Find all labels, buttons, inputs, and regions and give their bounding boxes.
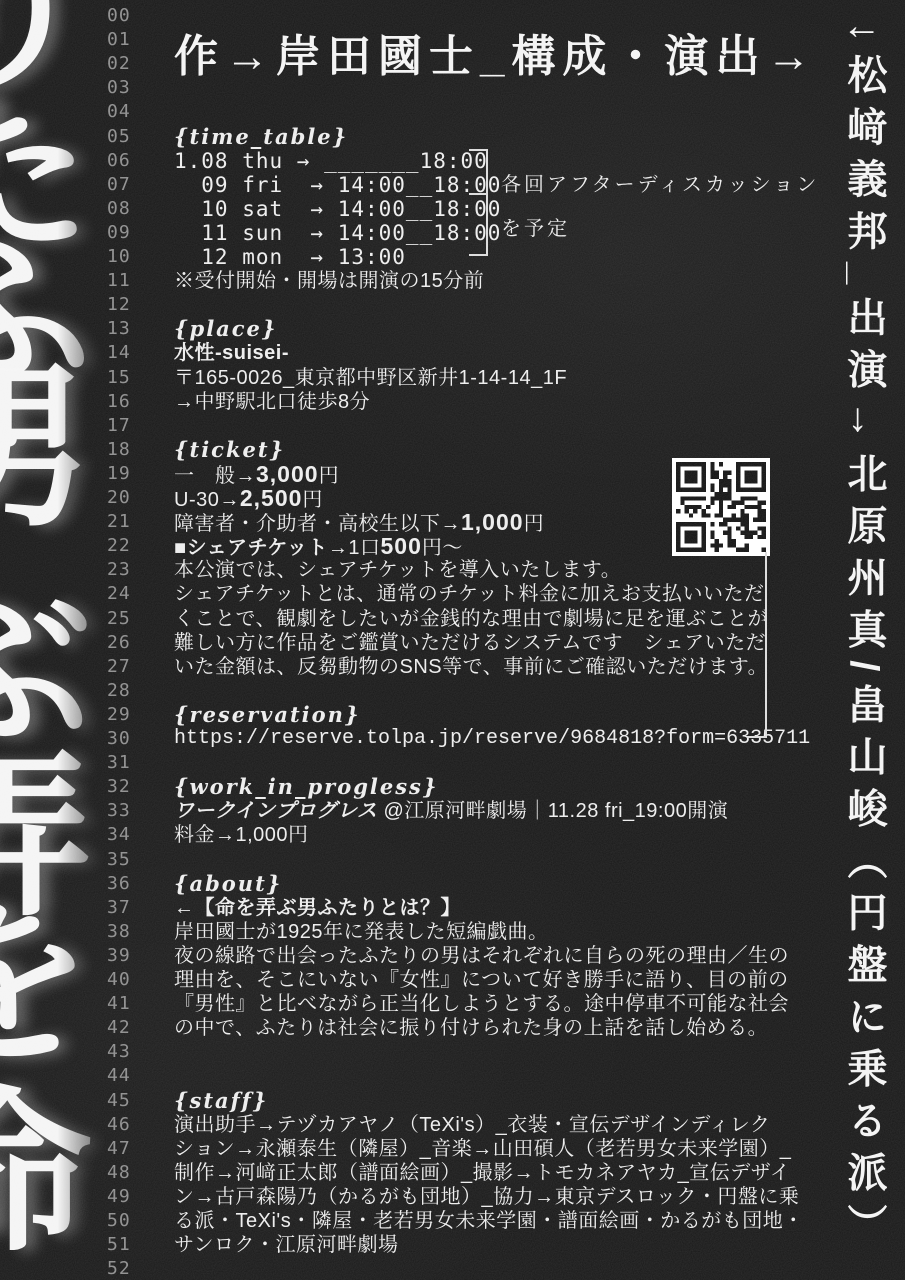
line-number: 36	[107, 872, 153, 896]
text-segment: シェアチケットとは、通常のチケット料金に加えお支払いいただ	[174, 583, 765, 605]
venue-access: →中野駅北口徒歩8分	[174, 390, 370, 414]
text-segment: 〒165-0026_東京都中野区新井1-14-14_1F	[174, 367, 567, 389]
line-number: 33	[107, 799, 153, 823]
text-segment: 2,500	[240, 485, 303, 511]
line-number: 49	[107, 1185, 153, 1209]
text-segment: {time_table}	[174, 124, 348, 149]
text-segment: 演出助手→テヅカアヤノ（TeXi's）_衣装・宣伝デザインディレク	[174, 1114, 770, 1136]
line-number: 28	[107, 679, 153, 703]
line-number: 02	[107, 52, 153, 76]
timetable-row: 1.08 thu → _______18:00	[174, 149, 488, 173]
text-segment: くことで、観劇をしたいが金銭的な理由で劇場に足を運ぶことが	[174, 608, 768, 630]
text-segment: https://reserve.tolpa.jp/reserve/9684818…	[174, 727, 810, 750]
left-title-strip: りたふ男ぶ弄を命	[0, 0, 105, 1280]
line-number: 25	[107, 607, 153, 631]
line-number: 16	[107, 390, 153, 414]
qr-connector-vertical	[765, 552, 767, 738]
ticket-text: 本公演では、シェアチケットを導入いたします。	[174, 558, 621, 582]
line-number: 03	[107, 76, 153, 100]
line-number: 43	[107, 1040, 153, 1064]
line-number: 07	[107, 173, 153, 197]
text-segment: 水性-suisei-	[174, 342, 289, 364]
ticket-share: ■シェアチケット→1口500円〜	[174, 534, 463, 558]
section-header-place: {place}	[174, 317, 277, 341]
text-segment: 3,000	[256, 461, 319, 487]
ticket-text: いた金額は、反芻動物のSNS等で、事前にご確認いただけます。	[174, 655, 768, 679]
line-number: 12	[107, 293, 153, 317]
section-header-reservation: {reservation}	[174, 703, 360, 727]
line-number: 52	[107, 1257, 153, 1280]
wip-info: ワークインプログレス @江原河畔劇場｜11.28 fri_19:00開演	[174, 799, 728, 823]
timetable-row: 12 mon → 13:00	[174, 245, 406, 269]
line-number: 26	[107, 631, 153, 655]
line-number: 34	[107, 823, 153, 847]
venue-name: 水性-suisei-	[174, 341, 289, 365]
text-segment: {work_in_progless}	[174, 774, 438, 799]
text-segment: 円	[524, 513, 545, 535]
line-number: 10	[107, 245, 153, 269]
qr-pattern	[676, 462, 766, 552]
about-heading: ←【命を弄ぶ男ふたりとは？】	[174, 896, 461, 920]
text-segment: 10 sat → 14:00__18:00	[174, 197, 501, 221]
text-segment: 円〜	[422, 537, 463, 559]
line-number: 14	[107, 341, 153, 365]
section-header-staff: {staff}	[174, 1089, 268, 1113]
line-number: 47	[107, 1137, 153, 1161]
line-number: 23	[107, 558, 153, 582]
line-number: 40	[107, 968, 153, 992]
line-number: 20	[107, 486, 153, 510]
timetable-row: 11 sun → 14:00__18:00	[174, 221, 501, 245]
ticket-price-general: 一 般→3,000円	[174, 462, 339, 486]
line-number: 29	[107, 703, 153, 727]
line-number: 13	[107, 317, 153, 341]
ticket-text: シェアチケットとは、通常のチケット料金に加えお支払いいただ	[174, 582, 765, 606]
line-number: 15	[107, 366, 153, 390]
line-number: 06	[107, 149, 153, 173]
text-segment: {about}	[174, 871, 282, 896]
text-segment: ■シェアチケット	[174, 537, 328, 559]
line-number: 09	[107, 221, 153, 245]
text-segment: 1,000	[461, 509, 524, 535]
left-title-char: を	[0, 895, 92, 1071]
wip-price: 料金→1,000円	[174, 823, 309, 847]
left-title-char: 男	[0, 360, 92, 536]
line-number: 00	[107, 4, 153, 28]
text-segment: 12 mon → 13:00	[174, 245, 406, 269]
text-segment: 障害者・介助者・高校生以下→	[174, 513, 461, 535]
about-text: の中で、ふたりは社会に振り付けられた身の上話を話し始める。	[174, 1016, 768, 1040]
text-segment: 料金→1,000円	[174, 824, 309, 846]
text-segment: 岸田國士が1925年に発表した短編戯曲。	[174, 921, 549, 943]
ticket-text: くことで、観劇をしたいが金銭的な理由で劇場に足を運ぶことが	[174, 607, 768, 631]
staff-text: ション→永瀬泰生（隣屋）_音楽→山田碩人（老若男女未来学園）_	[174, 1137, 791, 1161]
section-header-work-in-progless: {work_in_progless}	[174, 775, 438, 799]
line-number: 35	[107, 848, 153, 872]
about-text: 岸田國士が1925年に発表した短編戯曲。	[174, 920, 549, 944]
text-segment: 11 sun → 14:00__18:00	[174, 221, 501, 245]
text-segment: 『男性』と比べながら正当化しようとする。途中停車不可能な社会	[174, 993, 789, 1015]
text-segment: 難しい方に作品をご鑑賞いただけるシステムです シェアいただ	[174, 632, 766, 654]
line-number: 38	[107, 920, 153, 944]
text-segment: →中野駅北口徒歩8分	[174, 391, 370, 413]
line-number: 17	[107, 414, 153, 438]
staff-text: 制作→河﨑正太郎（譜面絵画）_撮影→トモカネアヤカ_宣伝デザイ	[174, 1161, 790, 1185]
line-number: 39	[107, 944, 153, 968]
right-cast-strip: ↓松﨑義邦_出演→北原州真/畠山峻（円盤に乗る派）	[836, 22, 893, 1280]
line-number: 01	[107, 28, 153, 52]
line-number: 04	[107, 100, 153, 124]
text-segment: 夜の線路で出会ったふたりの男はそれぞれに自らの死の理由／生の	[174, 945, 789, 967]
text-segment: の中で、ふたりは社会に振り付けられた身の上話を話し始める。	[174, 1017, 768, 1039]
line-number: 44	[107, 1064, 153, 1088]
text-segment: 09 fri → 14:00__18:00	[174, 173, 501, 197]
text-segment: U-30→	[174, 489, 240, 511]
ticket-price-u30: U-30→2,500円	[174, 486, 323, 510]
timetable-bracket-vertical	[486, 149, 488, 256]
about-text: 『男性』と比べながら正当化しようとする。途中停車不可能な社会	[174, 992, 789, 1016]
reservation-url[interactable]: https://reserve.tolpa.jp/reserve/9684818…	[174, 727, 810, 751]
timetable-row: 10 sat → 14:00__18:00	[174, 197, 501, 221]
text-segment: 理由を、そこにいない『女性』について好き勝手に語り、目の前の	[174, 969, 789, 991]
timetable-bracket-tick-top	[469, 149, 487, 151]
line-number: 32	[107, 775, 153, 799]
line-number: 24	[107, 582, 153, 606]
reservation-qr-code	[672, 458, 770, 556]
line-number: 22	[107, 534, 153, 558]
staff-text: る派・TeXi's・隣屋・老若男女未来学園・譜面絵画・かるがも団地・	[174, 1209, 804, 1233]
section-header-about: {about}	[174, 872, 282, 896]
work-credit-title: 作→岸田國士_構成・演出→	[174, 26, 817, 88]
text-segment: ン→古戸森陽乃（かるがも団地）_協力→東京デスロック・円盤に乗	[174, 1186, 799, 1208]
text-segment: {staff}	[174, 1088, 268, 1113]
timetable-bracket-tick-bottom	[469, 254, 487, 256]
venue-address: 〒165-0026_東京都中野区新井1-14-14_1F	[174, 366, 567, 390]
line-number: 46	[107, 1113, 153, 1137]
text-segment: ※受付開始・開場は開演の15分前	[174, 270, 484, 292]
line-number: 41	[107, 992, 153, 1016]
line-number: 19	[107, 462, 153, 486]
line-number: 11	[107, 269, 153, 293]
timetable-note: 各回アフターディスカッション	[501, 168, 819, 197]
line-number: 51	[107, 1233, 153, 1257]
line-number: 50	[107, 1209, 153, 1233]
timetable-row: 09 fri → 14:00__18:00	[174, 173, 501, 197]
left-title-char: 命	[0, 1085, 92, 1261]
text-segment: 1.08 thu → _______18:00	[174, 149, 488, 173]
line-number: 48	[107, 1161, 153, 1185]
text-segment: 制作→河﨑正太郎（譜面絵画）_撮影→トモカネアヤカ_宣伝デザイ	[174, 1162, 790, 1184]
about-text: 夜の線路で出会ったふたりの男はそれぞれに自らの死の理由／生の	[174, 944, 789, 968]
text-segment: 円	[319, 465, 340, 487]
line-number: 30	[107, 727, 153, 751]
line-number: 05	[107, 125, 153, 149]
line-number: 37	[107, 896, 153, 920]
text-segment: {place}	[174, 316, 277, 341]
text-segment: ←【命を弄ぶ男ふたりとは？】	[174, 897, 461, 919]
text-segment: 円	[302, 489, 323, 511]
text-segment: 本公演では、シェアチケットを導入いたします。	[174, 559, 621, 581]
qr-connector-horizontal	[747, 736, 767, 738]
staff-text: 演出助手→テヅカアヤノ（TeXi's）_衣装・宣伝デザインディレク	[174, 1113, 770, 1137]
staff-text: ン→古戸森陽乃（かるがも団地）_協力→東京デスロック・円盤に乗	[174, 1185, 799, 1209]
line-number: 27	[107, 655, 153, 679]
line-number: 21	[107, 510, 153, 534]
timetable-bracket-tick-middle	[469, 193, 487, 195]
line-number: 31	[107, 751, 153, 775]
text-segment: いた金額は、反芻動物のSNS等で、事前にご確認いただけます。	[174, 656, 768, 678]
ticket-text: 難しい方に作品をご鑑賞いただけるシステムです シェアいただ	[174, 631, 766, 655]
line-number: 42	[107, 1016, 153, 1040]
text-segment: {reservation}	[174, 702, 360, 727]
ticket-price-discount: 障害者・介助者・高校生以下→1,000円	[174, 510, 544, 534]
section-header-time-table: {time_table}	[174, 125, 348, 149]
text-segment: 500	[381, 533, 422, 559]
section-header-ticket: {ticket}	[174, 438, 285, 462]
text-segment: る派・TeXi's・隣屋・老若男女未来学園・譜面絵画・かるがも団地・	[174, 1210, 804, 1232]
theater-flyer-poster: りたふ男ぶ弄を命 0001020304050607080910111213141…	[0, 0, 905, 1280]
line-number: 45	[107, 1089, 153, 1113]
line-number: 08	[107, 197, 153, 221]
text-segment: ション→永瀬泰生（隣屋）_音楽→山田碩人（老若男女未来学園）_	[174, 1138, 791, 1160]
text-segment: サンロク・江原河畔劇場	[174, 1234, 399, 1256]
text-segment: @江原河畔劇場｜11.28 fri_19:00開演	[377, 800, 728, 822]
staff-text: サンロク・江原河畔劇場	[174, 1233, 399, 1257]
text-segment: {ticket}	[174, 437, 285, 462]
line-number: 18	[107, 438, 153, 462]
timetable-note: を予定	[501, 212, 570, 241]
text-segment: 一 般→	[174, 465, 256, 487]
about-text: 理由を、そこにいない『女性』について好き勝手に語り、目の前の	[174, 968, 789, 992]
text-segment: ワークインプログレス	[174, 800, 377, 822]
timetable-note-row: ※受付開始・開場は開演の15分前	[174, 269, 484, 293]
text-segment: →1口	[328, 537, 381, 559]
